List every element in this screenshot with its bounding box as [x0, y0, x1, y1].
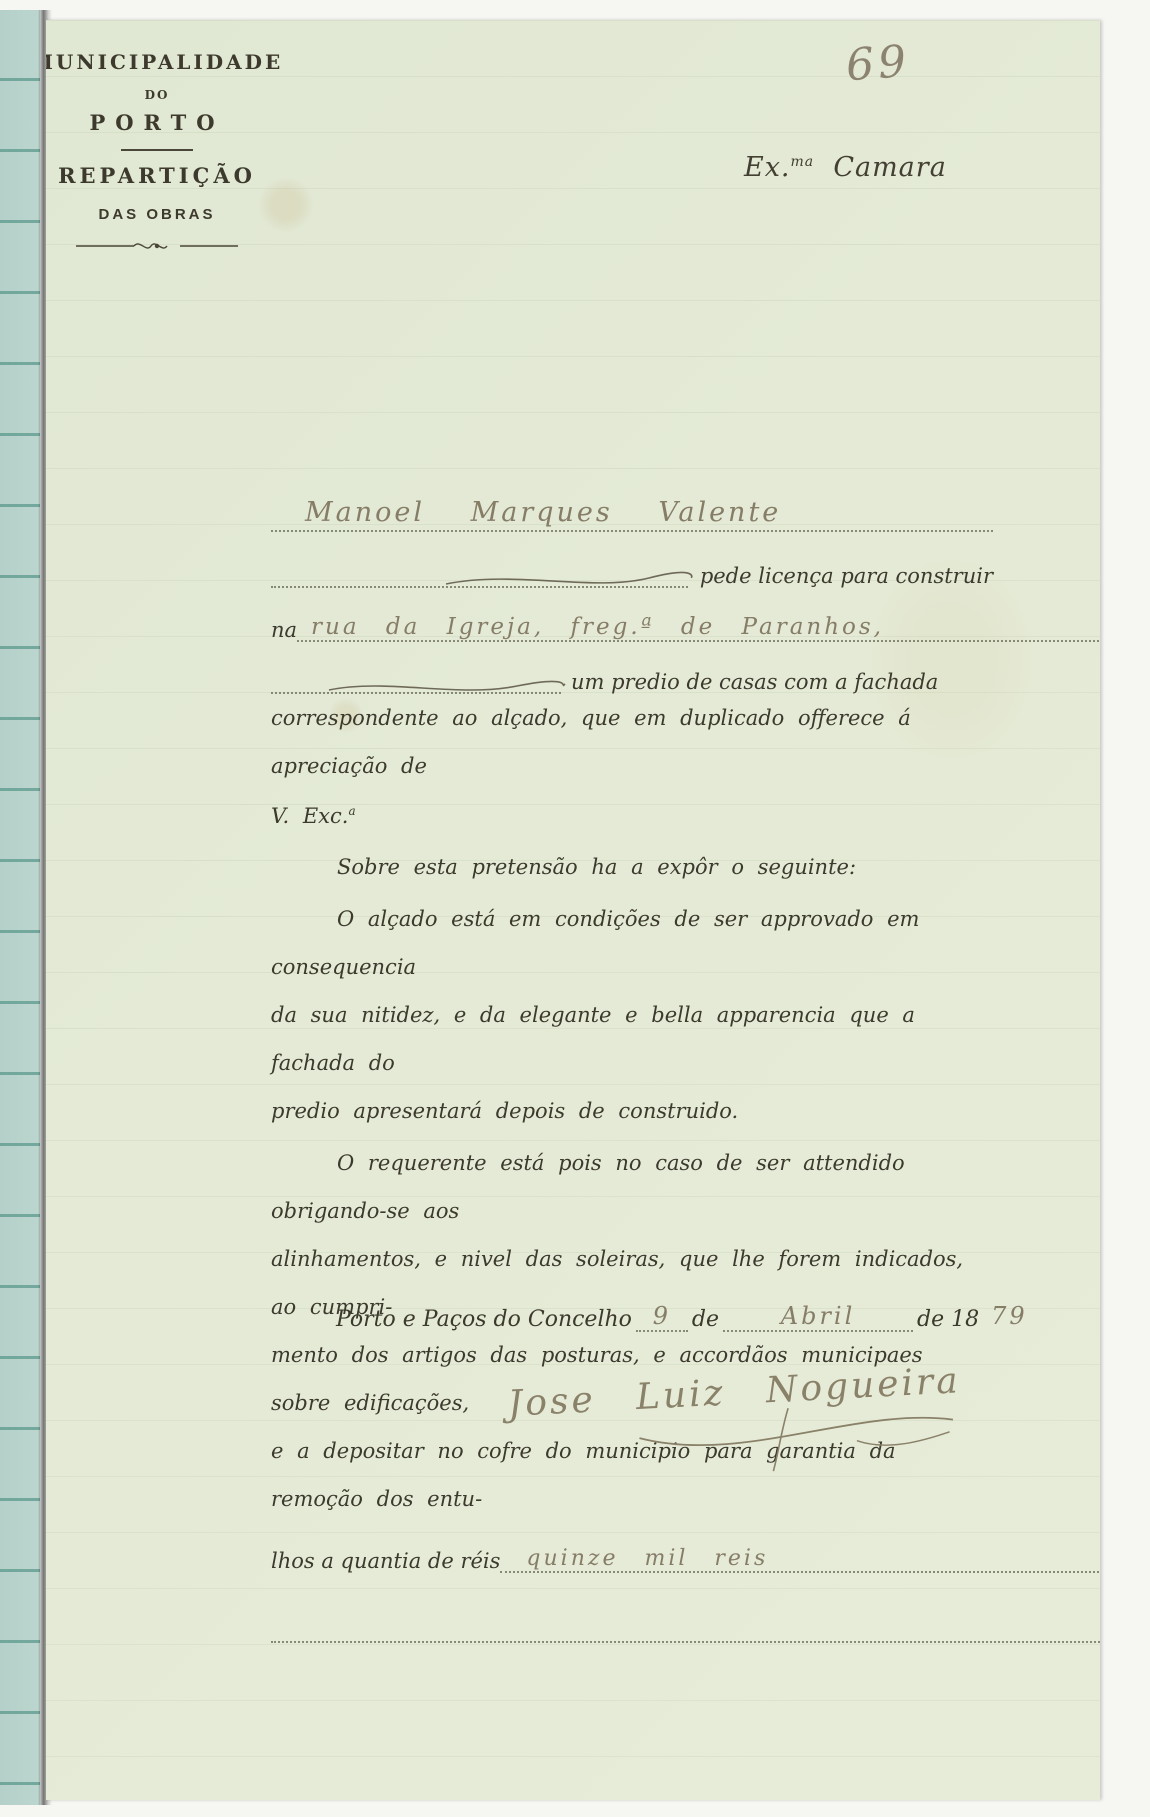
year-handwriting: 79: [983, 1302, 1036, 1332]
dateline-de2: de 18: [913, 1307, 983, 1332]
predio-text: um predio de casas com a fachada: [561, 670, 938, 694]
dateline-place: Porto e Paços do Concelho: [332, 1307, 636, 1332]
location-line: na rua da Igreja, freg.ª de Paranhos,: [271, 588, 1100, 642]
amount-handwriting: quinze mil reis: [500, 1546, 768, 1573]
applicant-name-line: Manoel Marques Valente: [271, 468, 993, 532]
pen-flourish-icon: [444, 566, 694, 592]
dateline-de1: de: [688, 1307, 723, 1332]
salutation: Ex.ma Camara: [744, 152, 947, 183]
location-prefix: na: [271, 618, 297, 642]
day-handwriting: 9: [645, 1302, 679, 1332]
letterhead: MUNICIPALIDADE DO PORTO REPARTIÇÃO DAS O…: [46, 50, 284, 257]
month-handwriting: Abril: [773, 1302, 864, 1332]
addressee-abbr: V. Exc.: [271, 804, 348, 828]
pen-flourish-icon: [327, 676, 567, 698]
empty-fill-line: [271, 1595, 1100, 1643]
body-line: correspondente ao alçado, que em duplica…: [271, 694, 993, 790]
document-scan: MUNICIPALIDADE DO PORTO REPARTIÇÃO DAS O…: [0, 0, 1150, 1817]
applicant-name-handwriting: Manoel Marques Valente: [271, 497, 781, 530]
request-clause: pede licença para construir: [688, 564, 993, 588]
body-line: O requerente está pois no caso de ser at…: [271, 1139, 993, 1235]
location-handwriting: rua da Igreja, freg.ª de Paranhos,: [297, 614, 884, 642]
petition-page: MUNICIPALIDADE DO PORTO REPARTIÇÃO DAS O…: [46, 20, 1100, 1800]
letterhead-of: DO: [46, 88, 284, 102]
amount-line: lhos a quantia de réis quinze mil reis: [271, 1523, 1100, 1573]
body-line: predio apresentará depois de construido.: [271, 1087, 993, 1135]
fill-line: [271, 586, 688, 588]
fill-line: [271, 692, 561, 694]
body-line: Sobre esta pretensão ha a expôr o seguin…: [271, 843, 993, 891]
letterhead-department: REPARTIÇÃO: [46, 163, 284, 188]
letterhead-divider: [121, 149, 193, 151]
addressee-line: V. Exc.a: [271, 790, 993, 837]
letterhead-section: DAS OBRAS: [46, 206, 284, 223]
folio-number: 69: [844, 36, 911, 91]
request-line: pede licença para construir: [271, 532, 993, 588]
salutation-abbr: Ex.: [744, 152, 791, 183]
letterhead-ornament-icon: [46, 237, 284, 257]
quantia-text: lhos a quantia de réis: [271, 1549, 500, 1573]
salutation-title: Camara: [833, 152, 946, 183]
predio-line: um predio de casas com a fachada: [271, 642, 993, 694]
letterhead-city: PORTO: [46, 110, 284, 135]
salutation-superscript: ma: [791, 154, 815, 170]
ledger-page-edge: [0, 10, 40, 1805]
letterhead-municipality: MUNICIPALIDADE: [46, 50, 284, 74]
addressee-superscript: a: [348, 804, 355, 818]
dateline: Porto e Paços do Concelho 9 de Abril de …: [332, 1302, 1022, 1332]
body-line: O alçado está em condições de ser approv…: [271, 895, 993, 991]
body-line: da sua nitidez, e da elegante e bella ap…: [271, 991, 993, 1087]
